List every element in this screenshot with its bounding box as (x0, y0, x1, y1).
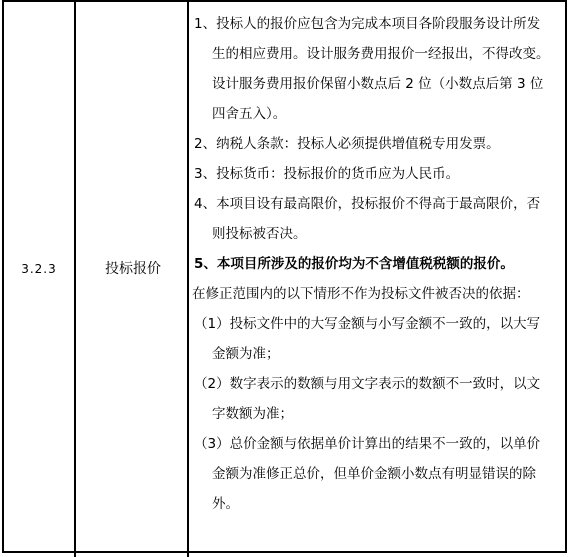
content-line: 生的相应费用。设计服务费用报价一经报出，不得改变。 (194, 42, 564, 72)
content-line: 4、本项目设有最高限价，投标报价不得高于最高限价，否 (194, 192, 564, 222)
content-line-bold: 5、本项目所涉及的报价均为不含增值税税额的报价。 (194, 252, 564, 282)
column-divider-2 (187, 0, 189, 557)
content-line: 1、投标人的报价应包含为完成本项目各阶段服务设计所发 (194, 12, 564, 42)
content-line: 设计服务费用报价保留小数点后 2 位（小数点后第 3 位 (194, 72, 564, 102)
item-name: 投标报价 (78, 258, 188, 278)
content-line: 字数额为准； (194, 402, 564, 432)
content-line: （3）总价金额与依据单价计算出的结果不一致的，以单价 (194, 432, 564, 462)
content-line: 金额为准修正总价，但单价金额小数点有明显错误的除 (194, 462, 564, 492)
content-line: 2、纳税人条款：投标人必须提供增值税专用发票。 (194, 132, 564, 162)
section-number: 3.2.3 (4, 262, 74, 276)
content-line: 3、投标货币：投标报价的货币应为人民币。 (194, 162, 564, 192)
bid-price-content: 1、投标人的报价应包含为完成本项目各阶段服务设计所发 生的相应费用。设计服务费用… (194, 12, 564, 522)
content-line: 在修正范围内的以下情形不作为投标文件被否决的依据： (192, 282, 564, 312)
content-line: （1）投标文件中的大写金额与小写金额不一致的，以大写 (194, 312, 564, 342)
column-divider-1 (74, 0, 76, 557)
content-line: 金额为准； (194, 342, 564, 372)
content-line: 外。 (194, 492, 564, 522)
content-line: 四舍五入）。 (194, 102, 564, 132)
content-line: 则投标被否决。 (194, 222, 564, 252)
content-line: （2）数字表示的数额与用文字表示的数额不一致时，以文 (194, 372, 564, 402)
